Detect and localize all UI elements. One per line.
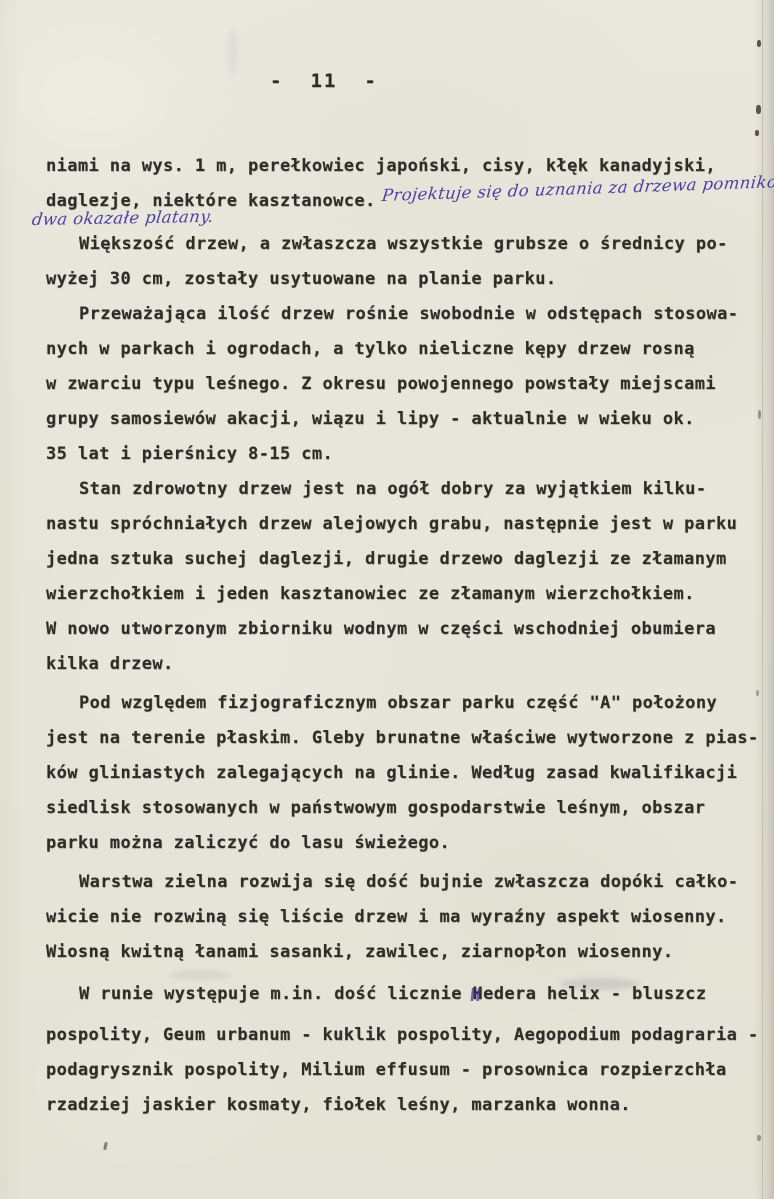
typed-line: Stan zdrowotny drzew jest na ogół dobry … (46, 472, 760, 507)
scan-speckle (756, 690, 759, 696)
scan-speckle (756, 105, 761, 114)
typed-line: w zwarciu typu leśnego. Z okresu powojen… (46, 367, 760, 402)
scan-speckle (757, 1135, 761, 1141)
scan-edge-crease (762, 0, 763, 1199)
page-number: - 11 - (270, 70, 378, 92)
typed-line: ków gliniastych zalegających na glinie. … (46, 756, 760, 791)
scan-smudge (170, 970, 230, 980)
typed-line: nych w parkach i ogrodach, a tylko nieli… (46, 332, 760, 367)
typed-line: kilka drzew. (46, 647, 760, 682)
typed-line: 35 lat i pierśnicy 8-15 cm. (46, 437, 760, 472)
typed-line: W runie występuje m.in. dość licznie Hed… (46, 977, 760, 1012)
typed-line: jedna sztuka suchej daglezji, drugie drz… (46, 542, 760, 577)
typed-line: rzadziej jaskier kosmaty, fiołek leśny, … (46, 1088, 760, 1123)
typed-line: Pod względem fizjograficznym obszar park… (46, 686, 760, 721)
handwritten-annotation-line-2: dwa okazałe platany. (31, 207, 215, 229)
typed-line: W nowo utworzonym zbiorniku wodnym w czę… (46, 612, 760, 647)
typed-line: pospolity, Geum urbanum - kuklik pospoli… (46, 1018, 760, 1053)
typed-line: parku można zaliczyć do lasu świeżego. (46, 826, 760, 861)
typed-line: Większość drzew, a zwłaszcza wszystkie g… (46, 227, 760, 262)
typed-line: podagrysznik pospolity, Milium effusum -… (46, 1053, 760, 1088)
typed-line: wyżej 30 cm, zostały usytuowane na plani… (46, 262, 760, 297)
typed-line: Wiosną kwitną łanami sasanki, zawilec, z… (46, 935, 760, 970)
pen-overstrike-letter: H (469, 985, 482, 1006)
typed-line: jest na terenie płaskim. Gleby brunatne … (46, 721, 760, 756)
scan-smudge (228, 28, 238, 76)
page-number-dash-left: - (270, 70, 283, 92)
scan-speckle (755, 130, 759, 136)
scan-speckle (758, 410, 761, 419)
page-number-dash-right: - (364, 70, 377, 92)
typed-line: wierzchołkiem i jeden kasztanowiec ze zł… (46, 577, 760, 612)
typed-line: wicie nie rozwiną się liście drzew i ma … (46, 900, 760, 935)
typed-line: grupy samosiewów akacji, wiązu i lipy - … (46, 402, 760, 437)
scan-smudge (560, 978, 640, 990)
typed-line: nastu spróchniałych drzew alejowych grab… (46, 507, 760, 542)
typed-line: siedlisk stosowanych w państwowym gospod… (46, 791, 760, 826)
typewritten-text-block: niami na wys. 1 m, perełkowiec japoński,… (46, 149, 760, 1123)
typed-line: Warstwa zielna rozwija się dość bujnie z… (46, 865, 760, 900)
page-number-value: 11 (310, 70, 337, 92)
scan-speckle (757, 40, 761, 47)
typed-line: Przeważająca ilość drzew rośnie swobodni… (46, 297, 760, 332)
scan-speckle (103, 1142, 108, 1150)
scanned-document-page: - 11 - niami na wys. 1 m, perełkowiec ja… (0, 0, 774, 1199)
